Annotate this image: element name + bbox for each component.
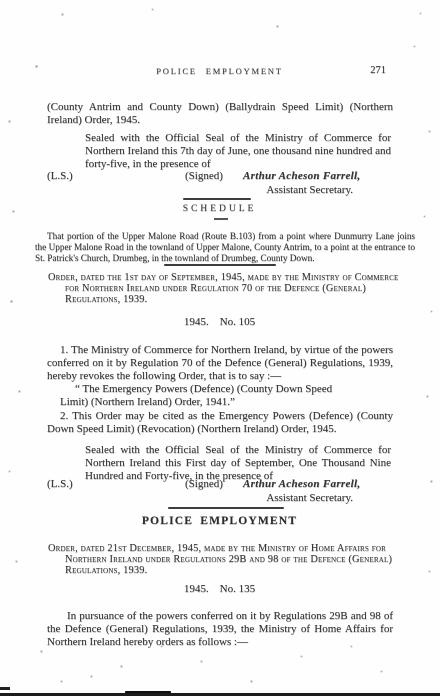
scan-corner-mark	[0, 687, 10, 690]
sealed-clause-1: Sealed with the Official Seal of the Min…	[85, 132, 391, 171]
divider-rule-3	[168, 507, 284, 509]
signature-block-2: (L.S.) (Signed) Arthur Acheson Farrell, …	[47, 478, 393, 506]
signed-label: (Signed)	[185, 478, 223, 490]
running-header-title: POLICE EMPLOYMENT	[47, 66, 392, 76]
divider-rule-2	[164, 264, 276, 266]
seal-mark: (L.S.)	[47, 478, 73, 490]
page-number: 271	[370, 65, 386, 76]
scanned-document-page: POLICE EMPLOYMENT 271 (County Antrim and…	[0, 0, 440, 696]
order-105-number: 1945. No. 105	[47, 316, 392, 328]
order-135-number: 1945. No. 135	[47, 583, 392, 595]
signature-block-1: (L.S.) (Signed) Arthur Acheson Farrell, …	[47, 170, 393, 198]
signatory-name: Arthur Acheson Farrell,	[243, 170, 360, 182]
schedule-dash	[214, 218, 228, 220]
signatory-title: Assistant Secretary.	[266, 184, 353, 196]
signed-label: (Signed)	[185, 170, 223, 182]
order-135-heading: Order, dated 21st December, 1945, made b…	[48, 543, 409, 577]
signatory-name: Arthur Acheson Farrell,	[243, 478, 360, 490]
order-105-heading: Order, dated the 1st day of September, 1…	[48, 272, 409, 306]
schedule-heading: SCHEDULE	[47, 204, 392, 214]
order-105-paragraph-2: 2. This Order may be cited as the Emerge…	[47, 410, 393, 436]
schedule-text: That portion of the Upper Malone Road (R…	[35, 231, 415, 264]
police-employment-section-heading: POLICE EMPLOYMENT	[47, 515, 392, 527]
order-135-opening-paragraph: In pursuance of the powers conferred on …	[47, 610, 393, 649]
divider-rule-1	[183, 198, 251, 200]
scan-noise-specks	[0, 0, 1, 1]
running-header-row: POLICE EMPLOYMENT 271	[47, 66, 392, 80]
signatory-title: Assistant Secretary.	[266, 492, 353, 504]
revoked-order-quote: “ The Emergency Powers (Defence) (County…	[60, 383, 352, 409]
seal-mark: (L.S.)	[47, 170, 73, 182]
order-105-paragraph-1: 1. The Ministry of Commerce for Northern…	[47, 344, 393, 383]
order-title-continuation: (County Antrim and County Down) (Ballydr…	[47, 101, 393, 126]
